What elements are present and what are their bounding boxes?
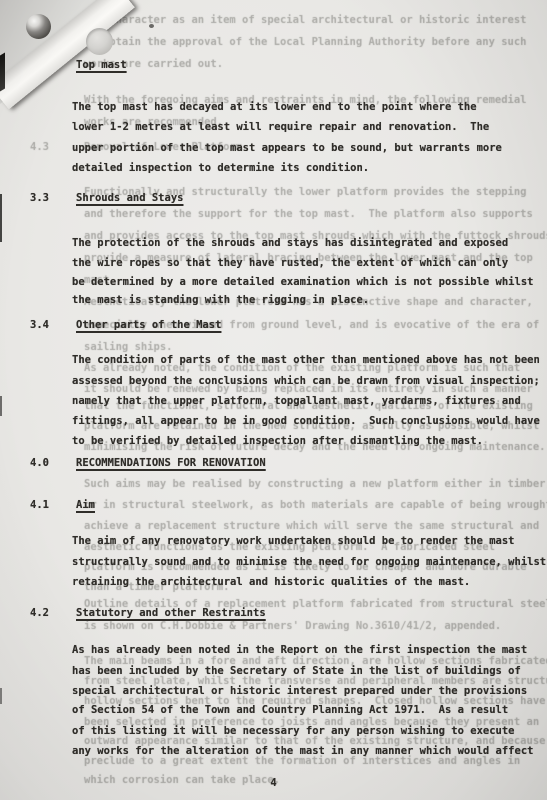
body-text-line: The protection of the shrouds and stays …	[72, 236, 508, 251]
body-text-line: special architectural or historic intere…	[72, 684, 527, 699]
body-text-line: As has already been noted in the Report …	[72, 643, 527, 658]
ghost-text-line: and therefore the support for the top ma…	[84, 207, 533, 222]
body-text-line: The top mast has decayed at its lower en…	[72, 100, 477, 115]
scan-edge-artifact	[0, 52, 5, 91]
body-text-line: lower 1-2 metres at least will require r…	[72, 120, 489, 135]
scan-edge-artifact	[0, 396, 2, 416]
body-text-line: structurally sound and to minimise the n…	[72, 555, 546, 570]
ghost-text-line: achieve a replacement structure which wi…	[84, 519, 539, 534]
body-text-line: detailed inspection to determine its con…	[72, 161, 369, 176]
body-text-line: any works for the alteration of the mast…	[72, 744, 533, 759]
page-number: 4	[0, 776, 547, 791]
section-number: 4.0	[30, 456, 49, 471]
section-heading: Statutory and other Restraints	[76, 606, 266, 621]
scan-edge-artifact	[0, 194, 2, 242]
body-text-line: of Section 54 of the Town and Country Pl…	[72, 703, 508, 718]
body-text-line: fittings, all appear to be in good condi…	[72, 414, 540, 429]
body-text-line: retaining the architectural and historic…	[72, 575, 470, 590]
scan-edge-artifact	[0, 688, 2, 704]
section-number: 4.2	[30, 606, 49, 621]
body-text-line: of this listing it will be necessary for…	[72, 724, 515, 739]
body-text-line: to be verified by detailed inspection af…	[72, 434, 483, 449]
ghost-text-line: Such aims may be realised by constructin…	[84, 477, 547, 492]
section-number: 3.3	[30, 191, 49, 206]
body-text-line: has been included by the Secretary of St…	[72, 664, 521, 679]
body-text-line: the wire ropes so that they have rusted,…	[72, 256, 508, 271]
body-text-line: upper portion of the top mast appears to…	[72, 141, 502, 156]
section-heading: Aim	[76, 498, 95, 513]
section-heading: Top mast	[76, 58, 127, 73]
section-number: 4.1	[30, 498, 49, 513]
ghost-section-number: 4.3	[30, 140, 49, 155]
body-text-line: assessed beyond the conclusions which ca…	[72, 374, 540, 389]
body-text-line: The condition of parts of the mast other…	[72, 353, 540, 368]
section-heading: RECOMMENDATIONS FOR RENOVATION	[76, 456, 266, 471]
section-heading: Other parts of the Mast	[76, 318, 221, 333]
punch-hole	[86, 28, 113, 55]
scanned-report-page: its character as an item of special arch…	[0, 0, 547, 800]
section-heading: Shrouds and Stays	[76, 191, 183, 206]
body-text-line: The aim of any renovatory work undertake…	[72, 534, 515, 549]
ghost-text-line: is shown on C.H.Dobbie & Partners' Drawi…	[84, 619, 501, 634]
section-number: 3.4	[30, 318, 49, 333]
body-text-line: namely that the upper platform, topgalla…	[72, 394, 521, 409]
ghost-text-line: or in structural steelwork, as both mate…	[84, 498, 547, 513]
scan-speck	[149, 24, 154, 28]
body-text-line: be determined by a more detailed examina…	[72, 275, 533, 290]
ghost-text-line: to obtain the approval of the Local Plan…	[84, 35, 527, 50]
punch-hole	[26, 14, 51, 39]
body-text-line: the mast is standing with the rigging in…	[72, 293, 369, 308]
